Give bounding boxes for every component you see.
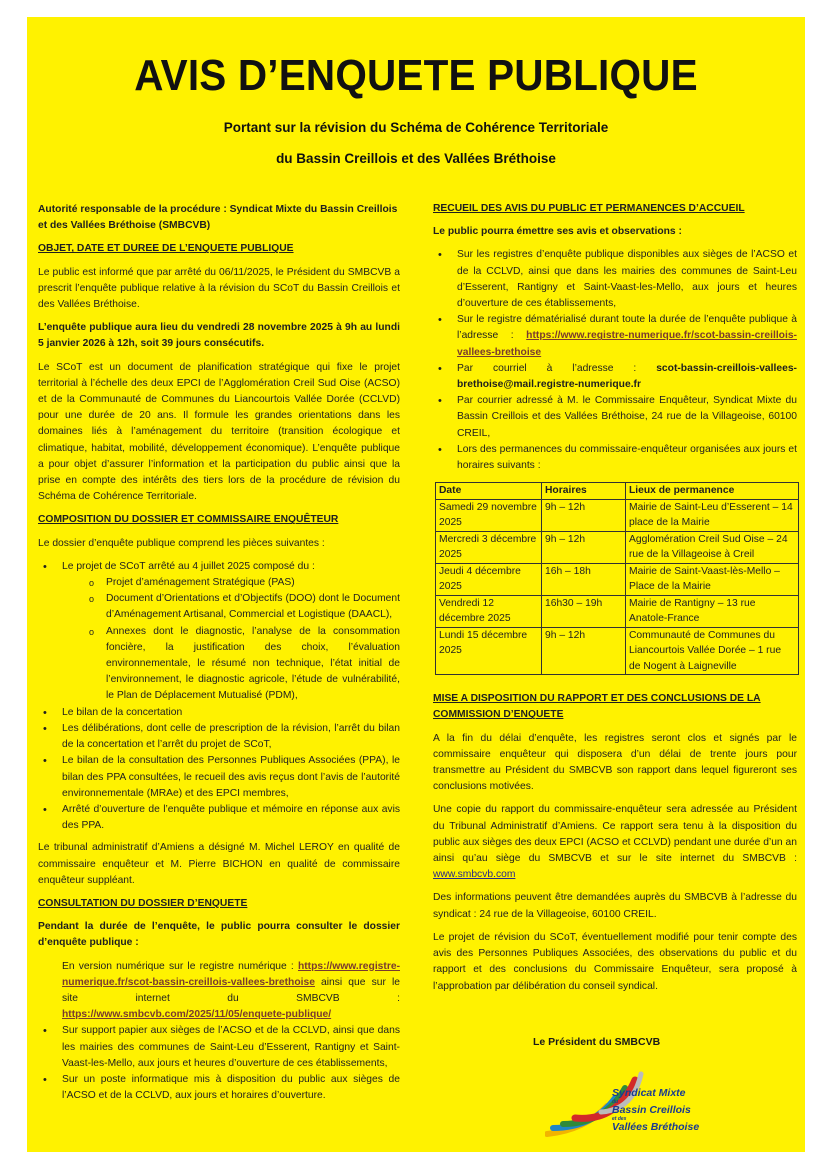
list-item: Document d’Orientations et d’Objectifs (…	[106, 591, 400, 623]
notice-page: AVIS D’ENQUETE PUBLIQUE Portant sur la r…	[27, 17, 805, 1152]
cell-horaires: 9h – 12h	[542, 499, 626, 531]
objet-paragraph-1: Le public est informé que par arrêté du …	[38, 265, 400, 314]
cell-date: Mercredi 3 décembre 2025	[436, 531, 542, 563]
composition-sublist: Projet d’aménagement Stratégique (PAS) D…	[62, 575, 400, 705]
list-item: Arrêté d’ouverture de l’enquête publique…	[62, 802, 400, 834]
consultation-intro: Pendant la durée de l’enquête, le public…	[38, 919, 400, 951]
cell-lieu: Mairie de Saint-Leu d’Esserent – 14 plac…	[626, 499, 799, 531]
cell-horaires: 9h – 12h	[542, 627, 626, 675]
table-body: Samedi 29 novembre 20259h – 12hMairie de…	[436, 499, 799, 675]
cell-horaires: 9h – 12h	[542, 531, 626, 563]
list-item: Sur support papier aux sièges de l’ACSO …	[62, 1023, 400, 1072]
cell-date: Vendredi 12 décembre 2025	[436, 595, 542, 627]
cell-horaires: 16h – 18h	[542, 563, 626, 595]
consultation-list: Sur support papier aux sièges de l’ACSO …	[38, 1023, 400, 1104]
authority-statement: Autorité responsable de la procédure : S…	[38, 202, 400, 234]
signature: Le Président du SMBCVB	[533, 1036, 660, 1048]
cell-date: Jeudi 4 décembre 2025	[436, 563, 542, 595]
section-heading-consultation: CONSULTATION DU DOSSIER D’ENQUETE	[38, 896, 400, 912]
subtitle-line-1: Portant sur la révision du Schéma de Coh…	[27, 120, 805, 135]
table-header-row: Date Horaires Lieux de permanence	[436, 483, 799, 500]
objet-dates: L’enquête publique aura lieu du vendredi…	[38, 320, 400, 352]
list-item: Le bilan de la consultation des Personne…	[62, 753, 400, 802]
list-item: Par courriel à l’adresse : scot-bassin-c…	[457, 361, 797, 393]
table-row: Vendredi 12 décembre 202516h30 – 19hMair…	[436, 595, 799, 627]
table-row: Jeudi 4 décembre 202516h – 18hMairie de …	[436, 563, 799, 595]
cell-date: Lundi 15 décembre 2025	[436, 627, 542, 675]
list-item: Sur les registres d’enquête publique dis…	[457, 247, 797, 312]
cell-lieu: Communauté de Communes du Liancourtois V…	[626, 627, 799, 675]
column-header-lieux: Lieux de permanence	[626, 483, 799, 500]
cell-date: Samedi 29 novembre 2025	[436, 499, 542, 531]
rapport-paragraph-3: Des informations peuvent être demandées …	[433, 890, 797, 922]
table-row: Lundi 15 décembre 20259h – 12hCommunauté…	[436, 627, 799, 675]
section-heading-objet: OBJET, DATE ET DUREE DE L’ENQUETE PUBLIQ…	[38, 241, 400, 257]
smbcvb-enquete-link[interactable]: https://www.smbcvb.com/2025/11/05/enquet…	[62, 1009, 331, 1020]
list-item: Les délibérations, dont celle de prescri…	[62, 721, 400, 753]
cell-lieu: Mairie de Rantigny – 13 rue Anatole-Fran…	[626, 595, 799, 627]
page-title: AVIS D’ENQUETE PUBLIQUE	[58, 51, 774, 101]
list-item: Projet d’aménagement Stratégique (PAS)	[106, 575, 400, 591]
left-column: Autorité responsable de la procédure : S…	[38, 202, 400, 1110]
column-header-date: Date	[436, 483, 542, 500]
list-item: Sur un poste informatique mis à disposit…	[62, 1072, 400, 1104]
right-column: RECUEIL DES AVIS DU PUBLIC ET PERMANENCE…	[433, 201, 797, 1002]
list-item: Annexes dont le diagnostic, l’analyse de…	[106, 624, 400, 705]
rapport-paragraph-4: Le projet de révision du SCoT, éventuell…	[433, 930, 797, 995]
section-heading-rapport: MISE A DISPOSITION DU RAPPORT ET DES CON…	[433, 691, 797, 723]
commissaire-paragraph: Le tribunal administratif d’Amiens a dés…	[38, 840, 400, 889]
list-item: Lors des permanences du commissaire-enqu…	[457, 442, 797, 474]
subtitle-line-2: du Bassin Creillois et des Vallées Bréth…	[27, 151, 805, 166]
smbcvb-website-link[interactable]: www.smbcvb.com	[433, 869, 515, 880]
permanences-table: Date Horaires Lieux de permanence Samedi…	[435, 482, 799, 675]
consultation-online: En version numérique sur le registre num…	[38, 959, 400, 1024]
table-row: Mercredi 3 décembre 20259h – 12hAgglomér…	[436, 531, 799, 563]
composition-list: Le projet de SCoT arrêté au 4 juillet 20…	[38, 559, 400, 834]
cell-lieu: Agglomération Creil Sud Oise – 24 rue de…	[626, 531, 799, 563]
table-row: Samedi 29 novembre 20259h – 12hMairie de…	[436, 499, 799, 531]
composition-intro: Le dossier d’enquête publique comprend l…	[38, 536, 400, 552]
rapport-paragraph-2: Une copie du rapport du commissaire-enqu…	[433, 802, 797, 883]
logo-text: Syndicat Mixte du Bassin Creillois et de…	[612, 1088, 699, 1133]
rapport-paragraph-1: A la fin du délai d’enquête, les registr…	[433, 731, 797, 796]
cell-lieu: Mairie de Saint-Vaast-lès-Mello – Place …	[626, 563, 799, 595]
list-item: Le bilan de la concertation	[62, 705, 400, 721]
list-item: Par courrier adressé à M. le Commissaire…	[457, 393, 797, 442]
column-header-horaires: Horaires	[542, 483, 626, 500]
cell-horaires: 16h30 – 19h	[542, 595, 626, 627]
list-item: Le projet de SCoT arrêté au 4 juillet 20…	[62, 559, 400, 705]
recueil-list: Sur les registres d’enquête publique dis…	[433, 247, 797, 474]
section-heading-composition: COMPOSITION DU DOSSIER ET COMMISSAIRE EN…	[38, 512, 400, 528]
section-heading-recueil: RECUEIL DES AVIS DU PUBLIC ET PERMANENCE…	[433, 201, 797, 217]
list-item: Sur le registre dématérialisé durant tou…	[457, 312, 797, 361]
recueil-intro: Le public pourra émettre ses avis et obs…	[433, 224, 797, 240]
objet-paragraph-3: Le SCoT est un document de planification…	[38, 360, 400, 506]
